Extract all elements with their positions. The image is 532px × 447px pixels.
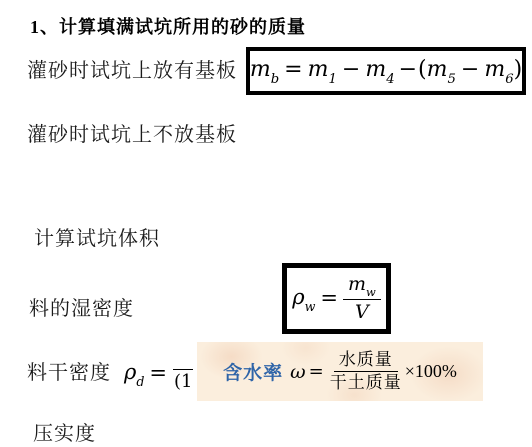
formula-box-sand-mass: mb=m1−m4−(m5−m6) — [246, 47, 526, 95]
moisture-fraction: 水质量 干土质量 — [328, 350, 404, 393]
fraction-bar — [173, 354, 193, 370]
label-with-plate: 灌砂时试坑上放有基板 — [27, 54, 237, 83]
moisture-suffix: ×100% — [405, 361, 457, 382]
var-rho-w: ρ — [292, 285, 304, 309]
var-mw: m — [348, 273, 366, 295]
label-dry-density: 料干密度 — [27, 356, 111, 385]
moisture-symbol: ω — [290, 361, 306, 383]
formula-box-wet-density: ρw=mwV — [282, 263, 391, 334]
var-m4: m — [365, 57, 386, 82]
var-m1: m — [308, 57, 329, 82]
var-rho-d: ρ — [124, 360, 136, 384]
var-V: V — [355, 301, 369, 323]
label-compaction: 压实度 — [33, 417, 96, 446]
formula-wet-density: ρw=mwV — [292, 274, 381, 324]
label-pit-volume: 计算试坑体积 — [34, 222, 160, 251]
var-m6: m — [484, 57, 505, 82]
label-wet-density: 料的湿密度 — [29, 292, 134, 321]
formula-sand-mass: mb=m1−m4−(m5−m6) — [250, 57, 522, 85]
var-m5: m — [427, 57, 448, 82]
section-heading: 1、计算填满试坑所用的砂的质量 — [30, 13, 306, 39]
moisture-numerator: 水质量 — [334, 350, 398, 372]
var-mb: m — [250, 57, 271, 82]
label-without-plate: 灌砂时试坑上不放基板 — [27, 118, 237, 147]
formula-dry-density-partial: ρd = (1 — [124, 354, 195, 393]
moisture-overlay: 含水率 ω = 水质量 干土质量 ×100% — [197, 342, 483, 401]
moisture-denominator: 干土质量 — [328, 372, 404, 393]
moisture-label: 含水率 — [223, 358, 283, 385]
